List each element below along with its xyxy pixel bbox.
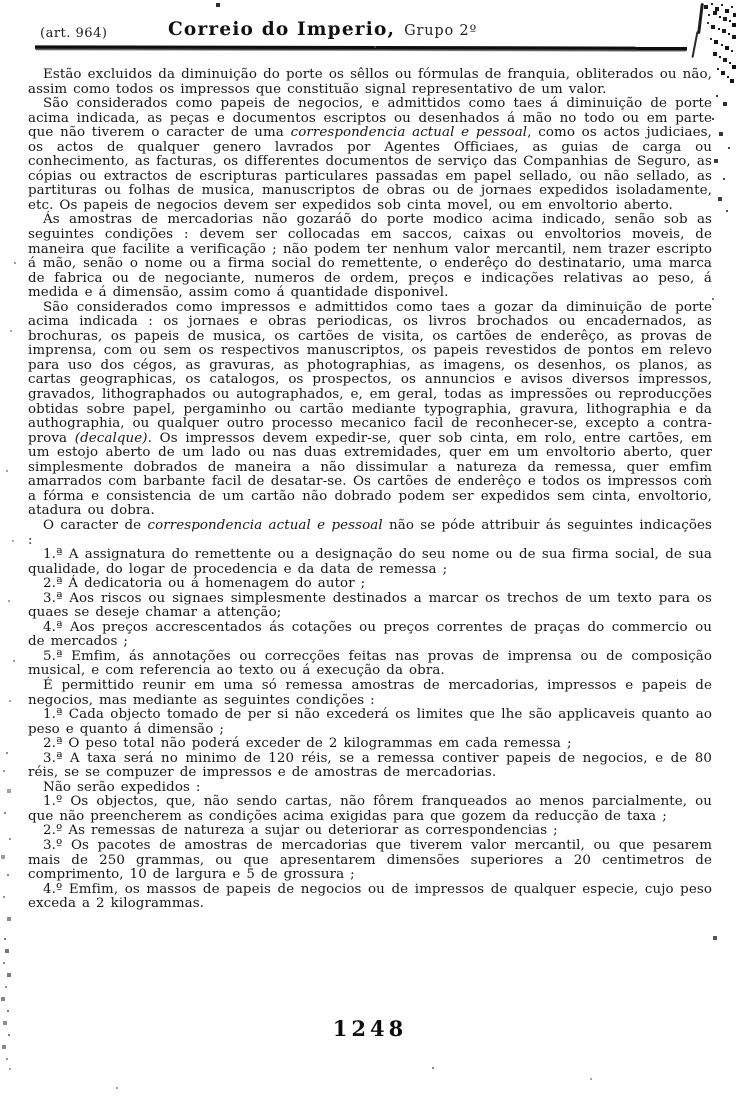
paragraph: 2.ª O peso total não poderá exceder de 2… [28, 737, 712, 752]
text-run: 4.ª Aos preços accrescentados ás cotaçõe… [28, 620, 712, 650]
article-reference: (art. 964) [40, 26, 107, 41]
text-run: O caracter de [43, 518, 147, 533]
paragraph: 1.º Os objectos, que, não sendo cartas, … [28, 795, 712, 824]
text-run: Ás amostras de mercadorias não gozaráõ d… [28, 212, 712, 300]
header-title-group: Correio do Imperio,Grupo 2º [168, 19, 477, 40]
scan-speckle-top-right [0, 0, 2, 2]
page-title: Correio do Imperio, [168, 19, 395, 40]
paragraph: São considerados como papeis de negocios… [28, 97, 712, 213]
text-run: Não serão expedidos : [43, 780, 201, 795]
scan-speckle-misc [0, 0, 2, 2]
paragraph: 1.ª Cada objecto tomado de per si não ex… [28, 708, 712, 737]
text-run: Estão excluidos da diminuição do porte o… [28, 67, 712, 97]
paragraph: 4.ª Aos preços accrescentados ás cotaçõe… [28, 621, 712, 650]
text-run: 3.º Os pacotes de amostras de mercadoria… [28, 838, 712, 882]
page-number: 1248 [320, 1016, 420, 1041]
scan-speckle-left-margin [0, 0, 2, 2]
text-run: 4.º Emfim, os massos de papeis de negoci… [28, 882, 712, 912]
paragraph: 2.º As remessas de natureza a sujar ou d… [28, 824, 712, 839]
italic-phrase: correspondencia actual e pessoal [291, 125, 528, 140]
body-text: Estão excluidos da diminuição do porte o… [28, 68, 712, 912]
text-run: 1.º Os objectos, que, não sendo cartas, … [28, 794, 712, 824]
paragraph: 1.ª A assignatura do remettente ou a des… [28, 548, 712, 577]
paragraph: São considerados como impressos e admitt… [28, 301, 712, 519]
text-run: 2.º As remessas de natureza a sujar ou d… [43, 823, 558, 838]
text-run: 3.ª Aos riscos ou signaes simplesmente d… [28, 591, 712, 621]
text-run: 1.ª A assignatura do remettente ou a des… [28, 547, 712, 577]
paragraph: 5.ª Emfim, ás annotações ou correcções f… [28, 650, 712, 679]
header-rule [35, 45, 687, 50]
paragraph: Não serão expedidos : [28, 781, 712, 796]
text-run: 1.ª Cada objecto tomado de per si não ex… [28, 707, 712, 737]
paragraph: 4.º Emfim, os massos de papeis de negoci… [28, 883, 712, 912]
paragraph: 3.ª A taxa será no minimo de 120 réis, s… [28, 752, 712, 781]
paragraph: O caracter de correspondencia actual e p… [28, 519, 712, 548]
italic-phrase: (decalque) [75, 431, 148, 446]
paragraph: 2.ª Á dedicatoria ou á homenagem do auto… [28, 577, 712, 592]
paragraph: 3.º Os pacotes de amostras de mercadoria… [28, 839, 712, 883]
paragraph: Estão excluidos da diminuição do porte o… [28, 68, 712, 97]
text-run: 2.ª O peso total não poderá exceder de 2… [43, 736, 572, 751]
text-run: É permittido reunir em uma só remessa am… [28, 678, 712, 708]
paragraph: Ás amostras de mercadorias não gozaráõ d… [28, 213, 712, 300]
document-page: (art. 964) Correio do Imperio,Grupo 2º E… [0, 0, 736, 1112]
scan-stroke-mark [697, 3, 704, 34]
text-run: 3.ª A taxa será no minimo de 120 réis, s… [28, 751, 712, 781]
paragraph: É permittido reunir em uma só remessa am… [28, 679, 712, 708]
paragraph: 3.ª Aos riscos ou signaes simplesmente d… [28, 592, 712, 621]
text-run: 5.ª Emfim, ás annotações ou correcções f… [28, 649, 712, 679]
group-label: Grupo 2º [404, 23, 477, 39]
scan-stroke-mark [691, 31, 698, 58]
italic-phrase: correspondencia actual e pessoal [147, 518, 382, 533]
text-run: 2.ª Á dedicatoria ou á homenagem do auto… [43, 576, 365, 591]
text-run: São considerados como impressos e admitt… [28, 300, 712, 446]
